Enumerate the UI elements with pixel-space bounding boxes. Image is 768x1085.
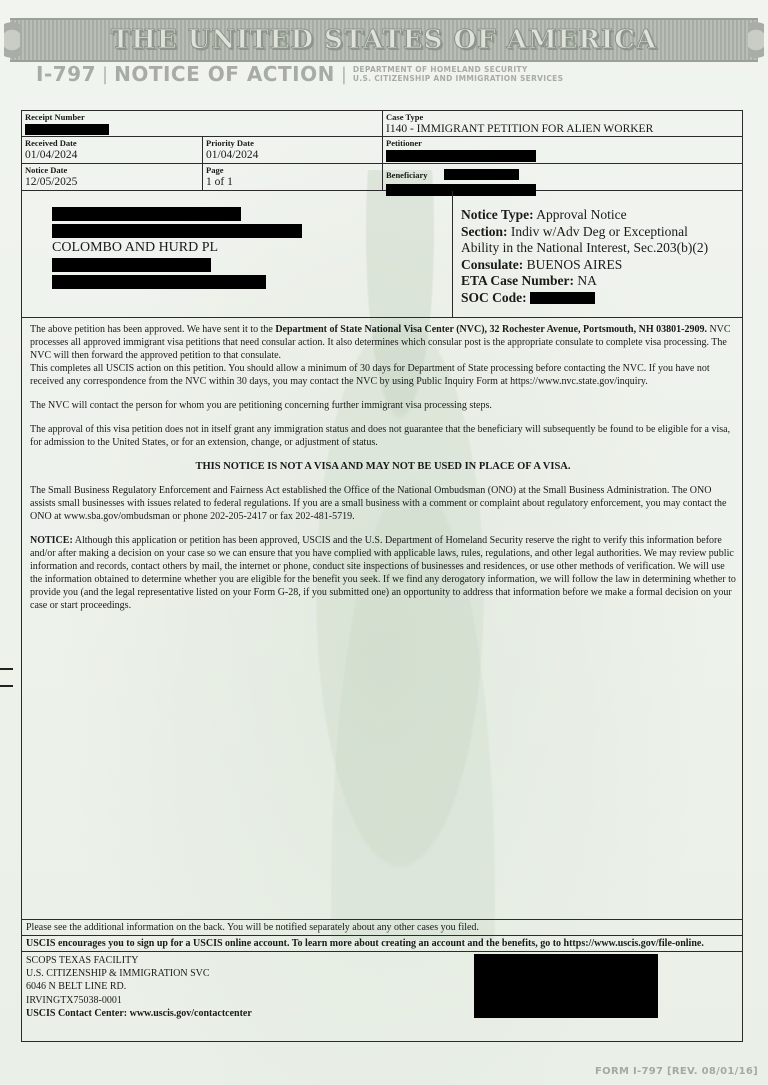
- beneficiary-cell: Beneficiary: [383, 164, 742, 191]
- agency-name: DEPARTMENT OF HOMELAND SECURITY U.S. CIT…: [353, 65, 563, 83]
- form-id: I-797: [36, 62, 96, 86]
- paragraph-approval: The above petition has been approved. We…: [30, 323, 736, 362]
- case-type-value: I140 - IMMIGRANT PETITION FOR ALIEN WORK…: [386, 122, 739, 136]
- fold-mark: [0, 668, 13, 670]
- address-redacted-3: [52, 258, 211, 272]
- section-value-2: Ability in the National Interest, Sec.20…: [461, 240, 742, 257]
- soc-code-redacted: [530, 292, 595, 304]
- notice-title-bar: I-797 | NOTICE OF ACTION | DEPARTMENT OF…: [36, 62, 563, 86]
- mailing-address: COLOMBO AND HURD PL: [52, 207, 302, 292]
- notice-type-label: Notice Type:: [461, 207, 534, 222]
- office-address: SCOPS TEXAS FACILITY U.S. CITIZENSHIP & …: [22, 951, 742, 1024]
- address-section: COLOMBO AND HURD PL Notice Type: Approva…: [22, 191, 742, 318]
- notice-date-label: Notice Date: [25, 165, 199, 175]
- firm-name: COLOMBO AND HURD PL: [52, 241, 302, 255]
- paragraph-approval-disclaimer: The approval of this visa petition does …: [30, 423, 736, 449]
- page-cell: Page 1 of 1: [203, 164, 383, 191]
- not-a-visa-warning: THIS NOTICE IS NOT A VISA AND MAY NOT BE…: [30, 460, 736, 473]
- priority-date-label: Priority Date: [206, 138, 379, 148]
- notice-footer: Please see the additional information on…: [22, 919, 742, 1024]
- header-banner: THE UNITED STATES OF AMERICA: [10, 18, 758, 62]
- title-separator: |: [102, 64, 108, 85]
- petitioner-label: Petitioner: [386, 138, 739, 148]
- agency-line-1: DEPARTMENT OF HOMELAND SECURITY: [353, 65, 528, 74]
- consulate-label: Consulate:: [461, 257, 523, 272]
- beneficiary-redacted-1: [444, 169, 519, 180]
- nvc-address: Department of State National Visa Center…: [275, 324, 707, 335]
- case-type-label: Case Type: [386, 112, 739, 122]
- page-value: 1 of 1: [206, 175, 379, 189]
- paragraph-ombudsman: The Small Business Regulatory Enforcemen…: [30, 484, 736, 523]
- section-value-1: Indiv w/Adv Deg or Exceptional: [511, 224, 688, 239]
- case-type-cell: Case Type I140 - IMMIGRANT PETITION FOR …: [383, 111, 742, 137]
- notice-label: NOTICE:: [30, 535, 73, 546]
- eta-case-number-label: ETA Case Number:: [461, 273, 574, 288]
- receipt-number-cell: Receipt Number: [22, 111, 383, 137]
- address-redacted-4: [52, 275, 266, 289]
- notice-details: Notice Type: Approval Notice Section: In…: [452, 191, 742, 317]
- petitioner-cell: Petitioner: [383, 137, 742, 164]
- receipt-number-redacted: [25, 124, 109, 135]
- online-account-info: USCIS encourages you to sign up for a US…: [22, 935, 742, 951]
- title-separator: |: [341, 64, 347, 85]
- notice-type-value: Approval Notice: [536, 207, 626, 222]
- received-date-value: 01/04/2024: [25, 148, 199, 162]
- notice-title: NOTICE OF ACTION: [114, 62, 335, 86]
- fold-mark: [0, 685, 13, 687]
- notice-frame: Receipt Number Case Type I140 - IMMIGRAN…: [21, 110, 743, 1042]
- notice-date-cell: Notice Date 12/05/2025: [22, 164, 203, 191]
- beneficiary-label: Beneficiary: [386, 170, 428, 180]
- consulate-value: BUENOS AIRES: [527, 257, 623, 272]
- notice-body: The above petition has been approved. We…: [30, 323, 736, 623]
- notice-date-value: 12/05/2025: [25, 175, 199, 189]
- form-revision: FORM I-797 [REV. 08/01/16]: [595, 1066, 758, 1077]
- banner-text: THE UNITED STATES OF AMERICA: [111, 25, 657, 55]
- priority-date-value: 01/04/2024: [206, 148, 379, 162]
- agency-line-2: U.S. CITIZENSHIP AND IMMIGRATION SERVICE…: [353, 74, 563, 83]
- paragraph-uscis-complete: This completes all USCIS action on this …: [30, 362, 736, 388]
- received-date-label: Received Date: [25, 138, 199, 148]
- petitioner-redacted: [386, 150, 536, 162]
- receipt-number-label: Receipt Number: [25, 112, 379, 122]
- section-label: Section:: [461, 224, 508, 239]
- eta-case-number-value: NA: [577, 273, 597, 288]
- address-redacted-1: [52, 207, 241, 221]
- banner-ornament-left-icon: [4, 16, 20, 64]
- additional-info: Please see the additional information on…: [22, 919, 742, 935]
- document-page: THE UNITED STATES OF AMERICA I-797 | NOT…: [0, 0, 768, 1085]
- paragraph-nvc-contact: The NVC will contact the person for whom…: [30, 399, 736, 412]
- paragraph-verification-notice: NOTICE: Although this application or pet…: [30, 534, 736, 612]
- address-redacted-2: [52, 224, 302, 238]
- barcode-redacted: [474, 954, 658, 1018]
- verification-text: Although this application or petition ha…: [30, 535, 736, 611]
- banner-ornament-right-icon: [748, 16, 764, 64]
- page-label: Page: [206, 165, 379, 175]
- received-date-cell: Received Date 01/04/2024: [22, 137, 203, 164]
- priority-date-cell: Priority Date 01/04/2024: [203, 137, 383, 164]
- approval-text: The above petition has been approved. We…: [30, 324, 275, 335]
- soc-code-label: SOC Code:: [461, 290, 527, 305]
